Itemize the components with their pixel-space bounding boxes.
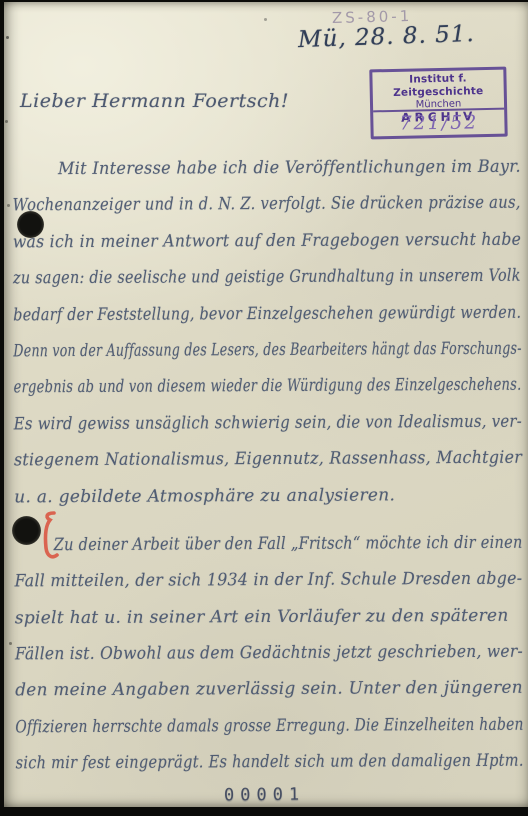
archive-stamp-header: Institut f. Zeitgeschichte München ARCHI… <box>372 70 504 113</box>
letter-line: Fällen ist. Obwohl aus dem Gedächtnis je… <box>15 634 478 673</box>
letter-line: sich mir fest eingeprägt. Es handelt sic… <box>15 743 450 782</box>
letter-line: Mit Interesse habe ich die Veröffentlich… <box>12 149 494 188</box>
paper-speck <box>6 36 9 39</box>
letter-line: Zu deiner Arbeit über den Fall „Fritsch“… <box>14 525 449 564</box>
letter-line: Fall mitteilen, der sich 1934 in der Inf… <box>15 561 487 600</box>
stamp-institute-name: Institut f. Zeitgeschichte <box>372 72 504 101</box>
letter-line: u. a. gebildete Atmosphäre zu analysiere… <box>14 476 522 515</box>
letter-line: den meine Angaben zuverlässig sein. Unte… <box>15 670 519 709</box>
letter-body: Mit Interesse habe ich die Veröffentlich… <box>12 149 523 782</box>
letter-line: Denn von der Auffassung des Lesers, des … <box>13 331 390 369</box>
letter-line: stiegenem Nationalismus, Eigennutz, Rass… <box>14 440 488 479</box>
letter-line: bedarf der Feststellung, bevor Einzelges… <box>13 295 443 334</box>
letter-line: was ich in meiner Antwort auf den Frageb… <box>13 222 481 261</box>
punch-hole-icon <box>17 211 44 238</box>
page-number-stamp: 00001 <box>224 785 305 806</box>
letter-line: Es wird gewiss unsäglich schwierig sein,… <box>14 404 457 443</box>
letter-line: Offizieren herrschte damals grosse Erreg… <box>15 707 430 746</box>
letter-line: ergebnis ab und von diesem wieder die Wü… <box>13 368 404 406</box>
handwritten-date: Mü, 28. 8. 51. <box>298 21 476 53</box>
salutation: Lieber Hermann Foertsch! <box>20 90 289 112</box>
letter-line: zu sagen: die seelische und geistige Gru… <box>13 258 443 297</box>
red-pencil-bracket-icon <box>37 510 61 564</box>
scanned-letter-screenshot: { "archive_header": { "reference_pencil"… <box>0 0 528 816</box>
letter-line: spielt hat u. in seiner Art ein Vorläufe… <box>15 597 523 636</box>
letter-page: ZS-80-1 Mü, 28. 8. 51. Institut f. Zeitg… <box>4 2 528 807</box>
archive-stamp: Institut f. Zeitgeschichte München ARCHI… <box>369 67 507 140</box>
letter-line: Wochenanzeiger und in d. N. Z. verfolgt.… <box>13 185 454 224</box>
stamp-signature-number: 721/52 <box>373 110 504 136</box>
